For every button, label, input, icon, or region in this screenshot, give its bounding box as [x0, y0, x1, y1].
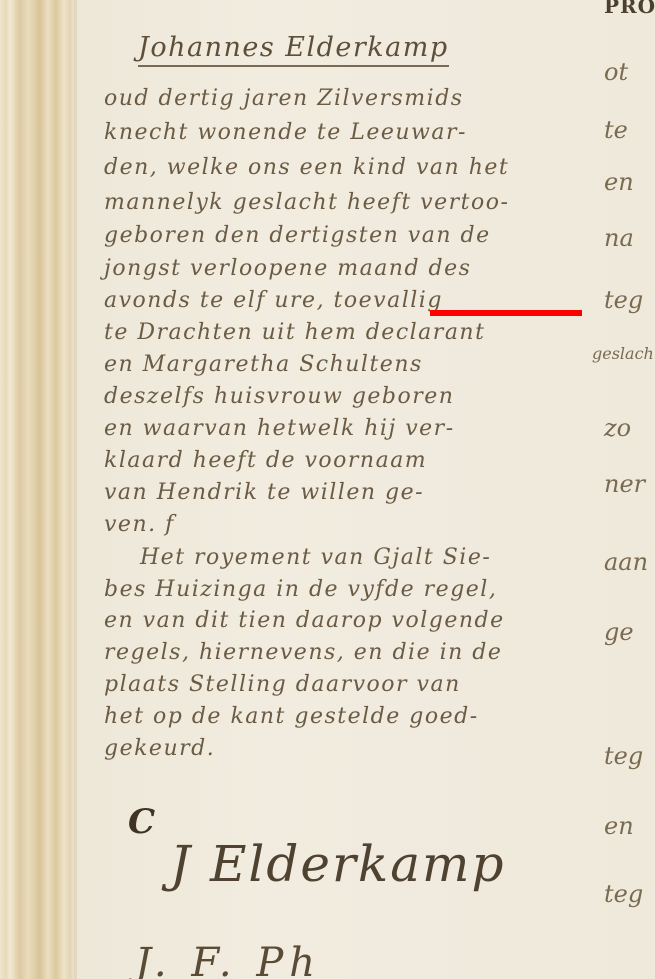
note-line-6: het op de kant gestelde goed- — [104, 704, 479, 729]
text-line-9: en Margaretha Schultens — [104, 352, 423, 377]
document-scan: PRO Johannes Elderkamp oud dertig jaren … — [0, 0, 655, 979]
fragment-3: en — [604, 168, 634, 196]
fragment-11: teg — [604, 742, 643, 770]
note-line-5: plaats Stelling daarvoor van — [104, 672, 461, 697]
text-line-4: mannelyk geslacht heeft vertoo- — [104, 190, 509, 215]
text-line-12: klaard heeft de voornaam — [104, 448, 427, 473]
signature-elderkamp: J Elderkamp — [170, 835, 505, 893]
fragment-7: zo — [604, 414, 631, 442]
signature-second-partial: J. F. Ph — [135, 940, 321, 979]
note-line-1: Het royement van Gjalt Sie- — [140, 545, 491, 570]
text-line-1: oud dertig jaren Zilversmids — [104, 86, 464, 111]
fragment-6: geslach — [592, 344, 654, 363]
note-line-4: regels, hiernevens, en die in de — [104, 640, 502, 665]
note-line-3: en van dit tien daarop volgende — [104, 608, 505, 633]
fragment-9: aan — [604, 548, 648, 576]
fragment-13: teg — [604, 880, 643, 908]
text-line-3: den, welke ons een kind van het — [104, 155, 509, 180]
book-binding-gutter — [0, 0, 76, 979]
text-line-2: knecht wonende te Leeuwar- — [104, 120, 467, 145]
heading-name-text: Johannes Elderkamp — [138, 32, 449, 67]
fragment-12: en — [604, 812, 634, 840]
text-line-11: en waarvan hetwelk hij ver- — [104, 416, 455, 441]
note-line-2: bes Huizinga in de vyfde regel, — [104, 577, 497, 602]
text-line-13: van Hendrik te willen ge- — [104, 480, 424, 505]
text-line-10: deszelfs huisvrouw geboren — [104, 384, 454, 409]
signature-initial-mark: C — [128, 802, 155, 842]
heading-name: Johannes Elderkamp — [138, 32, 449, 63]
text-line-14: ven. f — [104, 512, 175, 537]
fragment-5: teg — [604, 286, 643, 314]
text-line-7: avonds te elf ure, toevallig — [104, 288, 443, 313]
note-line-7: gekeurd. — [104, 736, 215, 761]
fragment-1: ot — [604, 58, 628, 86]
fragment-2: te — [604, 116, 628, 144]
fragment-8: ner — [604, 470, 645, 498]
fragment-10: ge — [604, 618, 634, 646]
text-line-8: te Drachten uit hem declarant — [104, 320, 485, 345]
fragment-4: na — [604, 224, 634, 252]
adjacent-page-fragments: ot te en na teg geslach zo ner aan ge te… — [596, 0, 655, 979]
red-annotation-underline — [430, 310, 582, 316]
text-line-5: geboren den dertigsten van de — [104, 223, 491, 248]
text-line-6: jongst verloopene maand des — [104, 256, 471, 281]
